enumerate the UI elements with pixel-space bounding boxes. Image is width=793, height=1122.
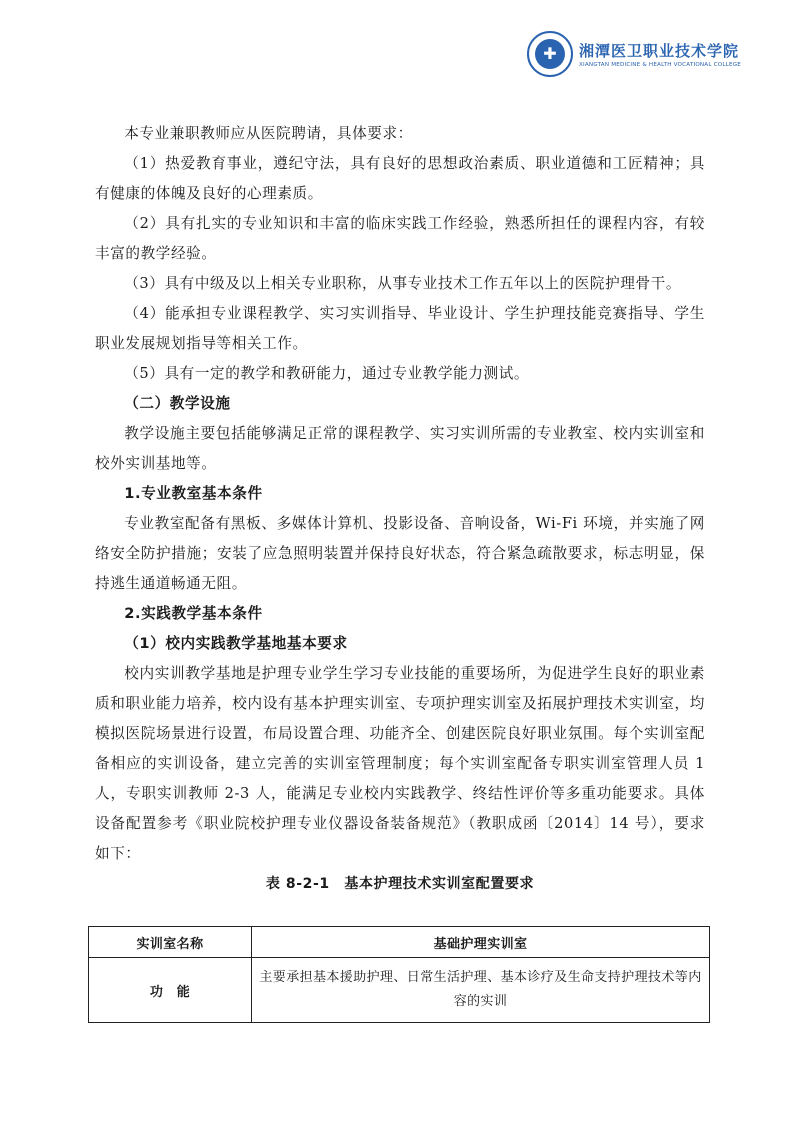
section-heading-facilities: （二）教学设施 [95,389,705,419]
college-name-en: XIANGTAN MEDICINE & HEALTH VOCATIONAL CO… [579,62,741,68]
requirement-1: （1）热爱教育事业，遵纪守法，具有良好的思想政治素质、职业道德和工匠精神；具有健… [95,149,705,209]
medical-cross-icon: ✚ [543,46,556,62]
table-header-cell: 实训室名称 [89,927,252,958]
facilities-paragraph: 教学设施主要包括能够满足正常的课程教学、实习实训所需的专业教室、校内实训室和校外… [95,419,705,479]
document-body: 本专业兼职教师应从医院聘请，具体要求： （1）热爱教育事业，遵纪守法，具有良好的… [95,119,705,899]
college-seal-icon: ✚ [527,31,573,77]
requirement-4: （4）能承担专业课程教学、实习实训指导、毕业设计、学生护理技能竞赛指导、学生职业… [95,299,705,359]
table-header-row: 实训室名称 基础护理实训室 [89,927,710,958]
requirement-2: （2）具有扎实的专业知识和丰富的临床实践工作经验，熟悉所担任的课程内容，有较丰富… [95,209,705,269]
lab-config-table: 实训室名称 基础护理实训室 功 能 主要承担基本援助护理、日常生活护理、基本诊疗… [88,926,710,1023]
table-cell-value: 主要承担基本援助护理、日常生活护理、基本诊疗及生命支持护理技术等内容的实训 [252,958,710,1023]
table-header-cell: 基础护理实训室 [252,927,710,958]
table-cell-label: 功 能 [89,958,252,1023]
onsite-base-paragraph: 校内实训教学基地是护理专业学生学习专业技能的重要场所，为促进学生良好的职业素质和… [95,659,705,869]
subheading-practice: 2.实践教学基本条件 [95,599,705,629]
table-row: 功 能 主要承担基本援助护理、日常生活护理、基本诊疗及生命支持护理技术等内容的实… [89,958,710,1023]
college-logo: ✚ 湘潭医卫职业技术学院 XIANGTAN MEDICINE & HEALTH … [527,30,765,78]
intro-paragraph: 本专业兼职教师应从医院聘请，具体要求： [95,119,705,149]
requirement-5: （5）具有一定的教学和教研能力，通过专业教学能力测试。 [95,359,705,389]
subheading-classroom: 1.专业教室基本条件 [95,479,705,509]
table-caption: 表 8-2-1 基本护理技术实训室配置要求 [95,869,705,899]
requirement-3: （3）具有中级及以上相关专业职称，从事专业技术工作五年以上的医院护理骨干。 [95,269,705,299]
classroom-paragraph: 专业教室配备有黑板、多媒体计算机、投影设备、音响设备，Wi-Fi 环境，并实施了… [95,509,705,599]
college-name-cn: 湘潭医卫职业技术学院 [579,40,741,61]
subheading-onsite-base: （1）校内实践教学基地基本要求 [95,629,705,659]
